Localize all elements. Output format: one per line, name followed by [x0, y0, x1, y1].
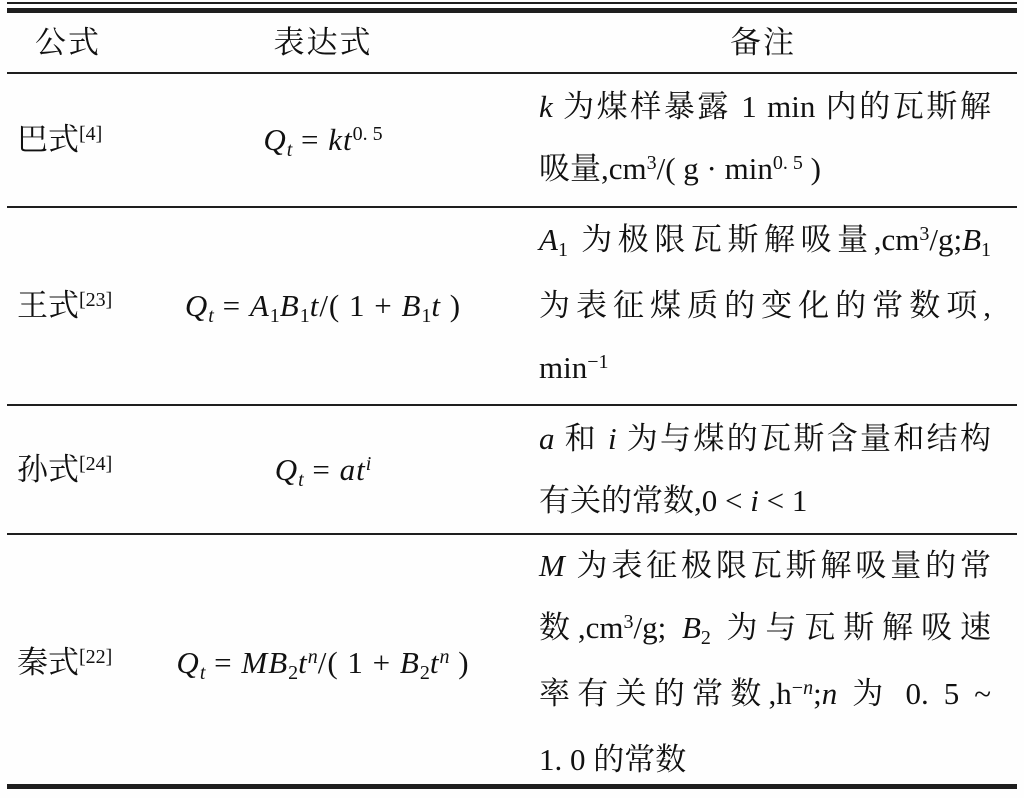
formula-expression: Qt = kt0. 5 [137, 121, 509, 158]
table-row-wang: 王式[23] Qt = A1B1t/( 1 + B1t ) A1 为极限瓦斯解吸… [7, 208, 1017, 404]
formula-remark: a 和 i 为与煤的瓦斯含量和结构有关的常数,0 < i < 1 [509, 408, 1017, 532]
table-row-ba: 巴式[4] Qt = kt0. 5 k 为煤样暴露 1 min 内的瓦斯解吸量,… [7, 74, 1017, 206]
remark-line: A1 为极限瓦斯解吸量,cm3/g;B1 [539, 209, 991, 275]
remark-line: 为表征煤质的变化的常数项, [539, 275, 991, 337]
remark-line: 吸量,cm3/( g · min0. 5 ) [539, 138, 991, 204]
remark-line: 率有关的常数,h−n;n 为 0. 5 ~ [539, 663, 991, 729]
formula-comparison-table: 公式 表达式 备注 巴式[4] Qt = kt0. 5 k 为煤样暴露 1 mi… [7, 2, 1017, 789]
header-cell-formula: 公式 [7, 24, 137, 61]
table-row-qin: 秦式[22] Qt = MB2tn/( 1 + B2tn ) M 为表征极限瓦斯… [7, 535, 1017, 784]
remark-line: 有关的常数,0 < i < 1 [539, 470, 991, 532]
remark-line: a 和 i 为与煤的瓦斯含量和结构 [539, 408, 991, 470]
formula-name: 王式[23] [7, 287, 137, 324]
formula-name: 孙式[24] [7, 451, 137, 488]
paper-page: 公式 表达式 备注 巴式[4] Qt = kt0. 5 k 为煤样暴露 1 mi… [0, 0, 1024, 798]
table-header-row: 公式 表达式 备注 [7, 13, 1017, 72]
formula-remark: M 为表征极限瓦斯解吸量的常数,cm3/g; B2 为与瓦斯解吸速率有关的常数,… [509, 535, 1017, 791]
remark-line: M 为表征极限瓦斯解吸量的常 [539, 535, 991, 597]
remark-line: min−1 [539, 337, 991, 403]
remark-line: 1. 0 的常数 [539, 729, 991, 791]
header-cell-remark: 备注 [509, 24, 1017, 61]
formula-expression: Qt = A1B1t/( 1 + B1t ) [137, 287, 509, 324]
remark-line: 数,cm3/g; B2 为与瓦斯解吸速 [539, 597, 991, 663]
table-row-sun: 孙式[24] Qt = ati a 和 i 为与煤的瓦斯含量和结构有关的常数,0… [7, 406, 1017, 533]
formula-remark: A1 为极限瓦斯解吸量,cm3/g;B1为表征煤质的变化的常数项,min−1 [509, 209, 1017, 403]
header-cell-expression: 表达式 [137, 24, 509, 61]
formula-remark: k 为煤样暴露 1 min 内的瓦斯解吸量,cm3/( g · min0. 5 … [509, 76, 1017, 204]
formula-name: 秦式[22] [7, 644, 137, 681]
formula-expression: Qt = ati [137, 451, 509, 488]
formula-name: 巴式[4] [7, 121, 137, 158]
top-thin-rule [7, 2, 1017, 4]
remark-line: k 为煤样暴露 1 min 内的瓦斯解 [539, 76, 991, 138]
formula-expression: Qt = MB2tn/( 1 + B2tn ) [137, 644, 509, 681]
